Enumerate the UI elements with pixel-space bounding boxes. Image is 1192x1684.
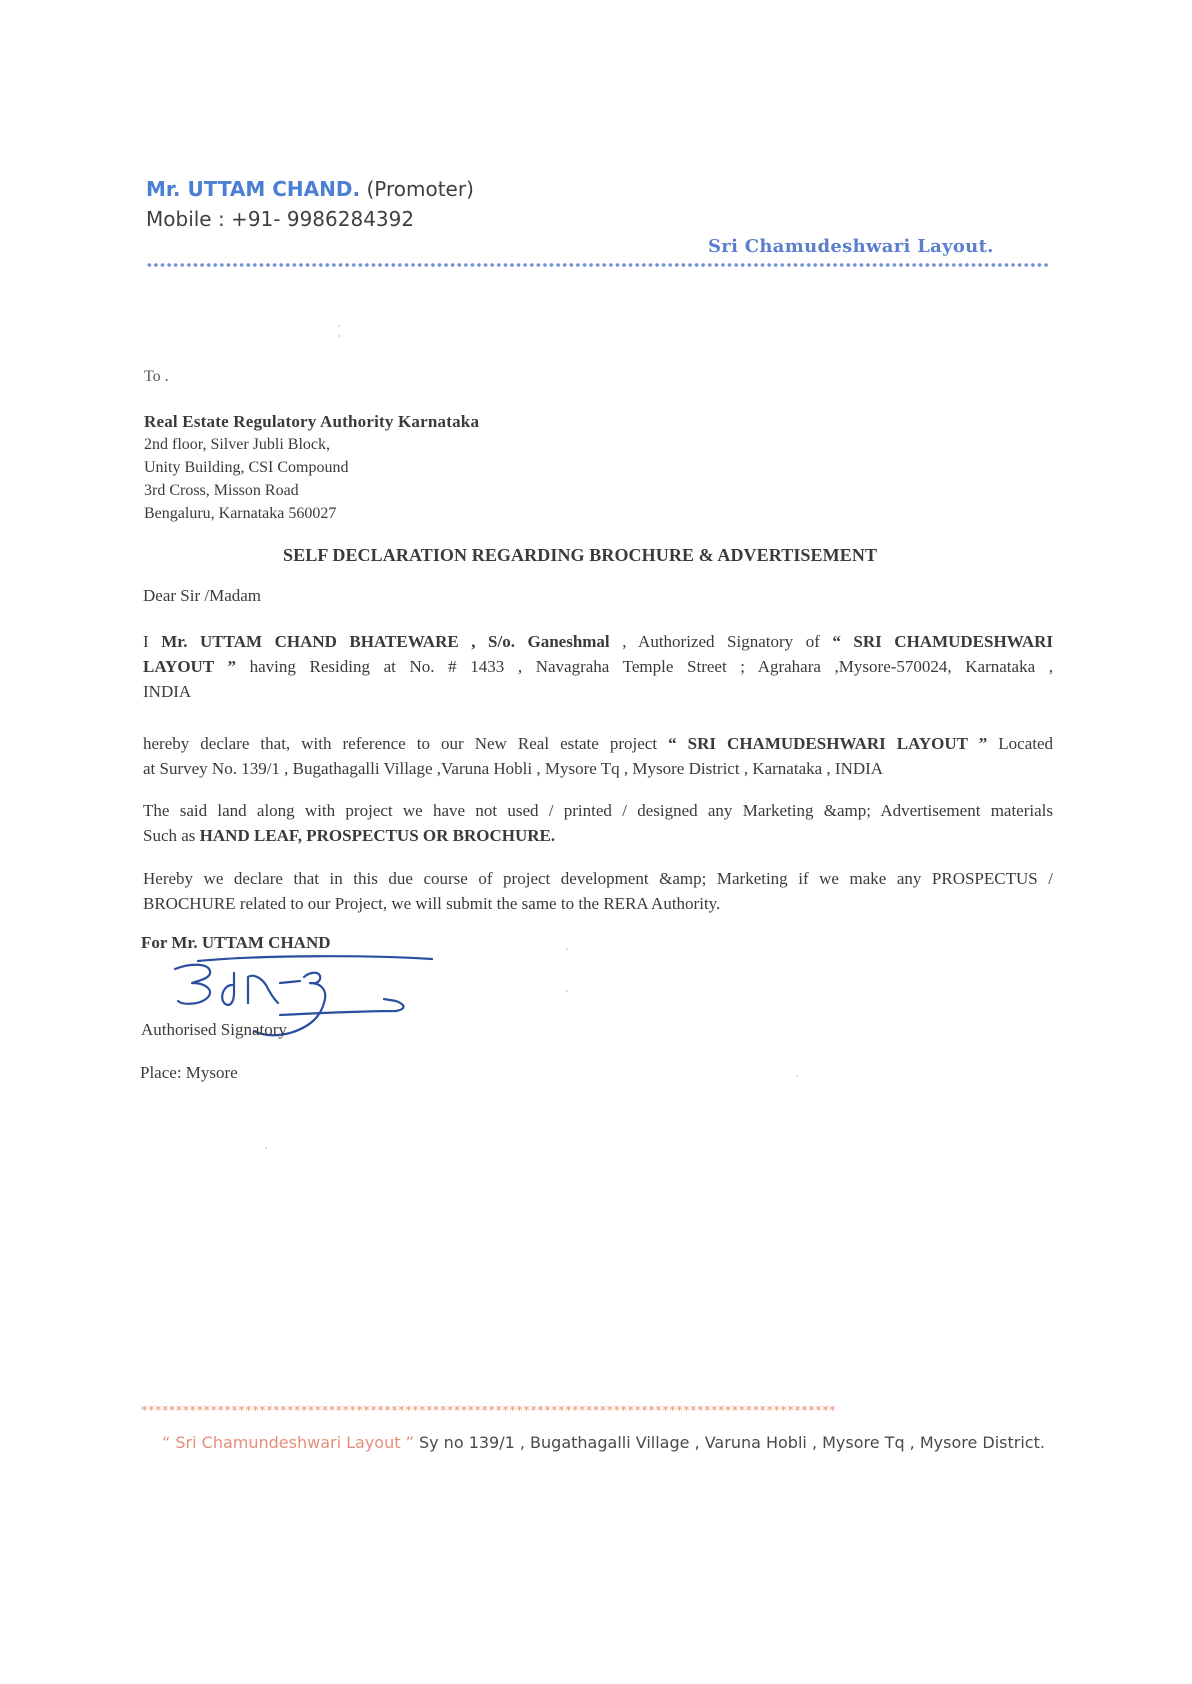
paragraph-line: LAYOUT ” having Residing at No. # 1433 ,… (143, 654, 1053, 679)
paragraph-line: INDIA (143, 679, 1053, 704)
bold-text: “ SRI CHAMUDESHWARI (832, 632, 1053, 651)
scan-speck (796, 1075, 798, 1077)
paragraph-line: hereby declare that, with reference to o… (143, 731, 1053, 756)
text: having Residing at No. # 1433 , Navagrah… (236, 657, 1053, 676)
bold-text: “ SRI CHAMUDESHWARI LAYOUT ” (668, 734, 987, 753)
footer-address-line: “ Sri Chamundeshwari Layout ” Sy no 139/… (162, 1433, 1045, 1452)
bold-text: Mr. UTTAM CHAND BHATEWARE , S/o. Ganeshm… (161, 632, 609, 651)
promoter-name: Mr. UTTAM CHAND. (146, 177, 360, 201)
address-line: Bengaluru, Karnataka 560027 (144, 502, 479, 525)
paragraph-line: at Survey No. 139/1 , Bugathagalli Villa… (143, 756, 1053, 781)
scan-speck (338, 335, 340, 337)
paragraph-line: The said land along with project we have… (143, 798, 1053, 823)
sign-for-label: For Mr. UTTAM CHAND (141, 933, 331, 953)
paragraph-line: BROCHURE related to our Project, we will… (143, 891, 1053, 916)
text: Hereby we declare that in this due cours… (143, 869, 1053, 888)
footer-address: Sy no 139/1 , Bugathagalli Village , Var… (414, 1433, 1045, 1452)
footer-brand: “ Sri Chamundeshwari Layout ” (162, 1433, 414, 1452)
recipient-name: Real Estate Regulatory Authority Karnata… (144, 410, 479, 433)
paragraph-line: Such as HAND LEAF, PROSPECTUS OR BROCHUR… (143, 823, 1053, 848)
text: Located (987, 734, 1053, 753)
declaration-paragraph-1: I Mr. UTTAM CHAND BHATEWARE , S/o. Ganes… (143, 629, 1053, 704)
text: The said land along with project we have… (143, 801, 1053, 820)
recipient-address-block: Real Estate Regulatory Authority Karnata… (144, 410, 479, 525)
salutation: Dear Sir /Madam (143, 586, 261, 606)
promoter-role: (Promoter) (366, 177, 473, 201)
place-label: Place: Mysore (140, 1063, 238, 1083)
scan-speck (338, 325, 340, 327)
text: I (143, 632, 161, 651)
declaration-paragraph-4: Hereby we declare that in this due cours… (143, 866, 1053, 916)
letterhead-dotted-divider (146, 262, 1048, 268)
document-page: Mr. UTTAM CHAND. (Promoter) Mobile : +91… (0, 0, 1192, 1684)
letterhead-name-row: Mr. UTTAM CHAND. (Promoter) (146, 177, 474, 201)
letterhead-brand: Sri Chamudeshwari Layout. (708, 236, 994, 257)
promoter-mobile: Mobile : +91- 9986284392 (146, 207, 414, 231)
paragraph-line: I Mr. UTTAM CHAND BHATEWARE , S/o. Ganes… (143, 629, 1053, 654)
address-line: Unity Building, CSI Compound (144, 456, 479, 479)
text: at Survey No. 139/1 , Bugathagalli Villa… (143, 759, 883, 778)
bold-text: LAYOUT ” (143, 657, 236, 676)
text: Such as (143, 826, 200, 845)
text: , Authorized Signatory of (610, 632, 833, 651)
text: INDIA (143, 682, 191, 701)
address-line: 3rd Cross, Misson Road (144, 479, 479, 502)
text: BROCHURE related to our Project, we will… (143, 894, 720, 913)
document-title: SELF DECLARATION REGARDING BROCHURE & AD… (283, 545, 877, 566)
scan-speck (265, 1147, 267, 1149)
authorised-signatory-label: Authorised Signatory (141, 1020, 287, 1040)
bold-text: HAND LEAF, PROSPECTUS OR BROCHURE. (200, 826, 555, 845)
paragraph-line: Hereby we declare that in this due cours… (143, 866, 1053, 891)
declaration-paragraph-2: hereby declare that, with reference to o… (143, 731, 1053, 781)
text: hereby declare that, with reference to o… (143, 734, 668, 753)
to-label: To . (144, 368, 169, 386)
scan-speck (566, 948, 568, 950)
scan-speck (566, 990, 568, 992)
address-line: 2nd floor, Silver Jubli Block, (144, 433, 479, 456)
declaration-paragraph-3: The said land along with project we have… (143, 798, 1053, 848)
footer-star-divider: ****************************************… (141, 1406, 1038, 1418)
